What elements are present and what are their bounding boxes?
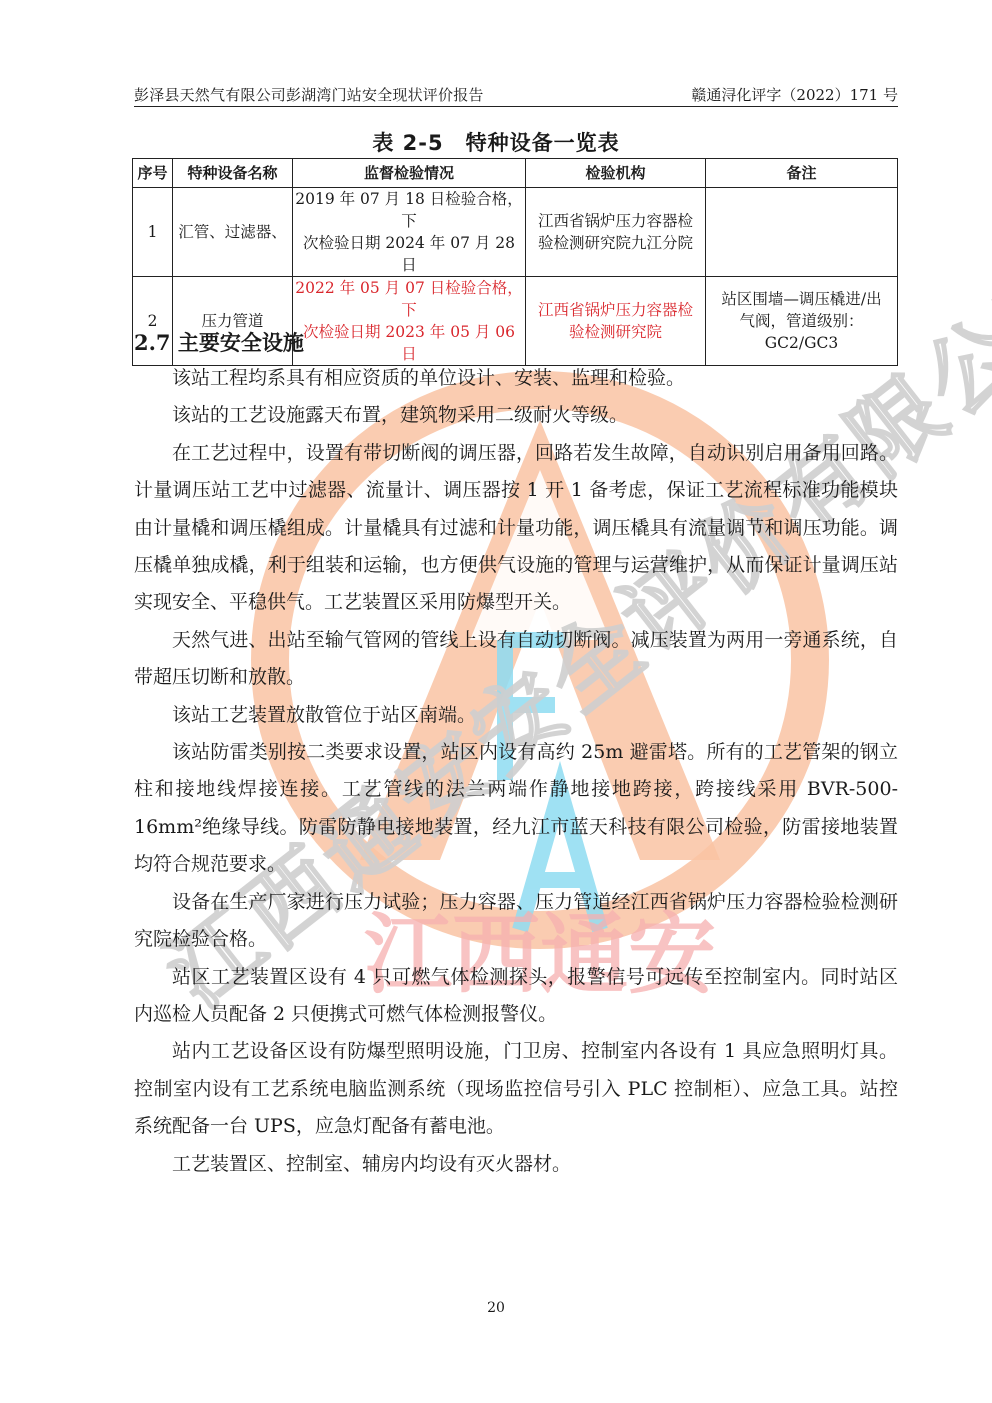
section-heading: 2.7 主要安全设施 xyxy=(134,327,304,357)
page-number: 20 xyxy=(0,1300,992,1316)
inspection-line: 次检验日期 2023 年 05 月 06 日 xyxy=(295,321,523,365)
agency-line: 验检测研究院 xyxy=(528,321,703,343)
paragraph: 站内工艺设备区设有防爆型照明设施，门卫房、控制室内各设有 1 具应急照明灯具。控… xyxy=(134,1033,898,1145)
paragraph: 该站工艺装置放散管位于站区南端。 xyxy=(134,697,898,734)
paragraph: 该站工程均系具有相应资质的单位设计、安装、监理和检验。 xyxy=(134,360,898,397)
column-header: 检验机构 xyxy=(526,159,706,188)
table-header-row: 序号 特种设备名称 监督检验情况 检验机构 备注 xyxy=(133,159,898,188)
document-page: 江西通安 江西通安安全评价有限公司 彭泽县天然气有限公司彭湖湾门站安全现状评价报… xyxy=(0,0,992,1403)
column-header: 特种设备名称 xyxy=(173,159,293,188)
inspection-line: 2022 年 05 月 07 日检验合格，下 xyxy=(295,277,523,321)
agency-line: 验检测研究院九江分院 xyxy=(528,232,703,254)
paragraph: 站区工艺装置区设有 4 只可燃气体检测探头，报警信号可远传至控制室内。同时站区内… xyxy=(134,959,898,1034)
cell-no: 1 xyxy=(133,188,173,277)
note-line: GC2/GC3 xyxy=(708,332,895,354)
paragraph: 设备在生产厂家进行压力试验；压力容器、压力管道经江西省锅炉压力容器检验检测研究院… xyxy=(134,884,898,959)
paragraph: 在工艺过程中，设置有带切断阀的调压器，回路若发生故障，自动识别启用备用回路。计量… xyxy=(134,435,898,622)
running-header: 彭泽县天然气有限公司彭湖湾门站安全现状评价报告 赣通浔化评字（2022）171 … xyxy=(134,82,898,107)
note-line: 气阀，管道级别： xyxy=(708,310,895,332)
column-header: 监督检验情况 xyxy=(293,159,526,188)
paragraph: 天然气进、出站至输气管网的管线上设有自动切断阀。减压装置为两用一旁通系统，自带超… xyxy=(134,622,898,697)
cell-agency-highlighted: 江西省锅炉压力容器检 验检测研究院 xyxy=(526,277,706,366)
paragraph: 该站的工艺设施露天布置，建筑物采用二级耐火等级。 xyxy=(134,397,898,434)
section-body: 该站工程均系具有相应资质的单位设计、安装、监理和检验。 该站的工艺设施露天布置，… xyxy=(134,360,898,1183)
cell-inspection: 2019 年 07 月 18 日检验合格，下 次检验日期 2024 年 07 月… xyxy=(293,188,526,277)
paragraph: 工艺装置区、控制室、辅房内均设有灭火器材。 xyxy=(134,1146,898,1183)
cell-equipment-name: 汇管、过滤器、 xyxy=(173,188,293,277)
inspection-line: 2019 年 07 月 18 日检验合格，下 xyxy=(295,188,523,232)
inspection-line: 次检验日期 2024 年 07 月 28 日 xyxy=(295,232,523,276)
column-header: 备注 xyxy=(706,159,898,188)
header-report-title: 彭泽县天然气有限公司彭湖湾门站安全现状评价报告 xyxy=(134,84,484,105)
table-row: 1 汇管、过滤器、 2019 年 07 月 18 日检验合格，下 次检验日期 2… xyxy=(133,188,898,277)
paragraph: 该站防雷类别按二类要求设置，站区内设有高约 25m 避雷塔。所有的工艺管架的钢立… xyxy=(134,734,898,884)
cell-inspection-highlighted: 2022 年 05 月 07 日检验合格，下 次检验日期 2023 年 05 月… xyxy=(293,277,526,366)
table-title: 表 2-5 特种设备一览表 xyxy=(0,127,992,157)
header-document-number: 赣通浔化评字（2022）171 号 xyxy=(691,84,898,105)
cell-note xyxy=(706,188,898,277)
cell-agency: 江西省锅炉压力容器检 验检测研究院九江分院 xyxy=(526,188,706,277)
note-line: 站区围墙—调压橇进/出 xyxy=(708,288,895,310)
agency-line: 江西省锅炉压力容器检 xyxy=(528,210,703,232)
agency-line: 江西省锅炉压力容器检 xyxy=(528,299,703,321)
cell-note: 站区围墙—调压橇进/出 气阀，管道级别： GC2/GC3 xyxy=(706,277,898,366)
column-header: 序号 xyxy=(133,159,173,188)
